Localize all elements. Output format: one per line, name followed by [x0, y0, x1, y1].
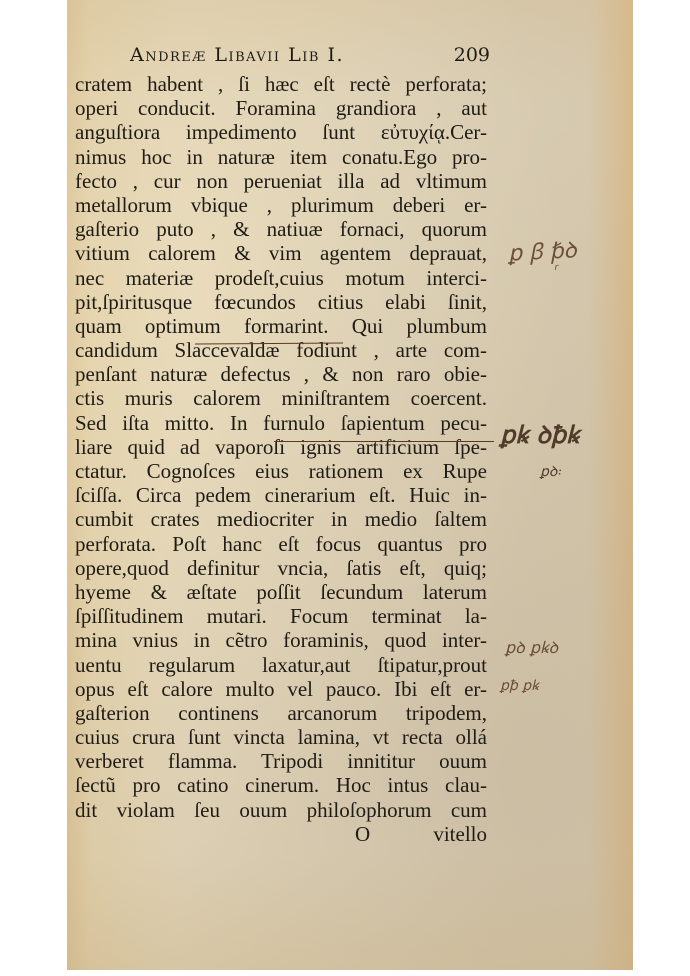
catchline: O vitello	[75, 822, 487, 846]
marginal-note: ꝑꝥ ꝑꝃ	[500, 676, 539, 695]
text-line: nec materiæ prodeſt,cuius motum interci-	[75, 266, 487, 290]
text-line: operi conducit. Foramina grandiora , aut	[75, 96, 487, 120]
text-line: ſciſſa. Circa pedem cinerarium eſt. Huic…	[75, 483, 487, 507]
text-line: Sed iſta mitto. In furnulo ſapientum pec…	[75, 411, 487, 435]
text-line: opere,quod definitur vncia, ſatis eſt, q…	[75, 556, 487, 580]
text-line: nimus hoc in naturæ item conatu.Ego pro-	[75, 145, 487, 169]
text-line: mina vnius in cẽtro foraminis, quod inte…	[75, 628, 487, 652]
text-line: perforata. Poſt hanc eſt focus quantus p…	[75, 532, 487, 556]
text-line: verberet flamma. Tripodi innititur ouum	[75, 749, 487, 773]
catchword: vitello	[433, 822, 487, 846]
text-line: opus eſt calore multo vel pauco. Ibi eſt…	[75, 677, 487, 701]
alchemical-symbol: O	[355, 822, 370, 846]
text-line: uentu regularum laxatur,aut ſtipatur,pro…	[75, 653, 487, 677]
marginal-note: ꝑꝃ ꝺꝥꝃ	[500, 418, 579, 451]
marginal-note: ꝑꝺ꞉	[540, 462, 562, 481]
text-line: quam optimum formarint. Qui plumbum	[75, 314, 487, 338]
text-line: pit,ſpiritusque fœcundos citius elabi ſi…	[75, 290, 487, 314]
text-line: anguſtiora impedimento ſunt εὐτυχίᾳ.Cer-	[75, 120, 487, 144]
text-line: metallorum vbique , plurimum deberi er-	[75, 193, 487, 217]
text-line: penſant naturæ defectus , & non raro obi…	[75, 362, 487, 386]
marginal-note: ꝑꝺ ꝑꝃꝺ	[505, 636, 558, 658]
text-line: dit violam ſeu ouum philoſophorum cum	[75, 798, 487, 822]
page-number: 209	[454, 44, 490, 66]
text-line: fecto , cur non perueniat illa ad vltimu…	[75, 169, 487, 193]
handwritten-underline	[274, 441, 494, 442]
text-line: ſpiſſitudinem mutari. Focum terminat la-	[75, 604, 487, 628]
text-line: vitium calorem & vim agentem deprauat,	[75, 241, 487, 265]
text-line: cratem habent , ſi hæc eſt rectè perfora…	[75, 72, 487, 96]
text-line: ſectũ pro catino cinerum. Hoc intus clau…	[75, 773, 487, 797]
text-line: ctatur. Cognoſces eius rationem ex Rupe	[75, 459, 487, 483]
text-line: gaſterio puto , & natiuæ fornaci, quorum	[75, 217, 487, 241]
running-head-title: Andreæ Libavii Lib I.	[130, 44, 344, 66]
marginal-note: ꝑ ꞵ ꝥ᷊ꝺ	[507, 234, 577, 268]
text-line: ctis muris calorem miniſtrantem coercent…	[75, 386, 487, 410]
body-text: cratem habent , ſi hæc eſt rectè perfora…	[75, 72, 487, 846]
text-line: liare quid ad vaporoſi ignis artificium …	[75, 435, 487, 459]
text-line: gaſterion continens arcanorum tripodem,	[75, 701, 487, 725]
text-line: cuius crura ſunt vincta lamina, vt recta…	[75, 725, 487, 749]
text-line: candidum Slaccevaldæ fodiunt , arte com-	[75, 338, 487, 362]
text-line: hyeme & æſtate poſſit ſecundum laterum	[75, 580, 487, 604]
running-head: Andreæ Libavii Lib I. 209	[130, 44, 490, 72]
text-line: cumbit crates mediocriter in medio ſalte…	[75, 507, 487, 531]
